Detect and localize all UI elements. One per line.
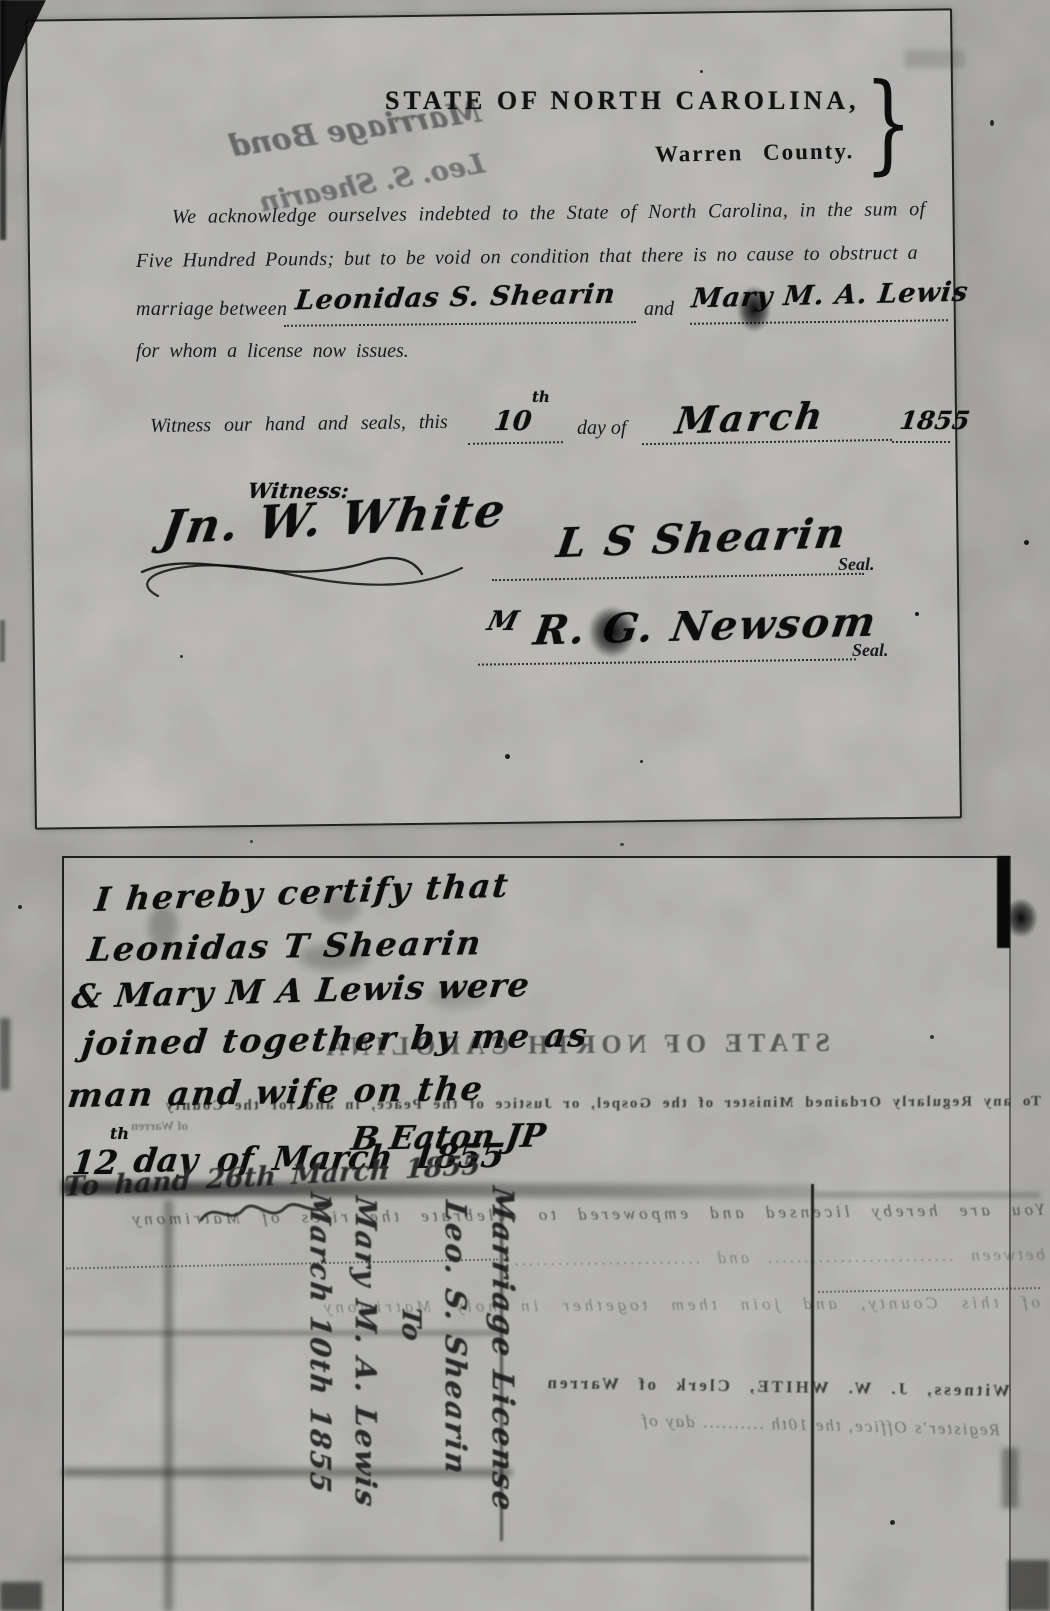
edge-streak-left-top <box>0 0 6 240</box>
certificate-line5: man and wife on the <box>66 1069 487 1115</box>
speck <box>505 754 510 759</box>
speck <box>700 70 703 73</box>
fold-line-vertical-left <box>164 1200 173 1611</box>
bond-year: 1855 <box>898 406 972 435</box>
speck <box>990 120 994 126</box>
bond-day-ordinal: th <box>532 388 550 406</box>
fold-line-vertical-mid <box>500 1196 503 1541</box>
edge-blob-right <box>1004 898 1038 938</box>
docket-line-date: March 10th 1855 <box>297 1184 343 1550</box>
edge-streak-left-mid <box>0 620 5 662</box>
year-dotted-line <box>892 440 950 443</box>
speck <box>890 1520 895 1525</box>
stain <box>298 944 370 970</box>
corner-smudge-bottom-right <box>1008 1560 1050 1611</box>
stain <box>428 986 490 1008</box>
bond-body-line3-prefix: marriage between <box>136 298 287 321</box>
bond-state-header: STATE OF NORTH CAROLINA, <box>385 86 860 116</box>
speck <box>18 905 22 909</box>
bond-day-of: day of <box>577 417 626 440</box>
bond-month: March <box>672 393 828 442</box>
bond-day: 10 <box>492 406 533 437</box>
speck <box>1024 540 1029 545</box>
fold-smudge-row3 <box>62 1468 512 1477</box>
stain <box>318 893 360 923</box>
speck <box>915 612 919 616</box>
bond-county-header: Warren County. <box>655 138 855 167</box>
fold-line-vertical-main <box>811 1184 814 1611</box>
speck <box>250 840 253 843</box>
speck <box>180 655 183 658</box>
bond-brace: } <box>864 70 912 178</box>
stain <box>148 906 178 948</box>
fold-smudge-horizontal-right <box>815 1192 1040 1198</box>
fold-smudge-row4 <box>62 1556 810 1562</box>
certificate-line2: Leonidas T Shearin <box>86 923 485 969</box>
certificate-date-ordinal: th <box>110 1124 129 1143</box>
corner-smudge-bottom-left <box>0 1582 42 1611</box>
surety-signature: R. G. Newsom <box>531 598 881 655</box>
fold-smudge-row2 <box>62 1330 502 1336</box>
speck <box>620 843 624 846</box>
smudge-top-right <box>905 50 965 68</box>
edge-blob-left-lower <box>0 1018 10 1090</box>
bond-witness-sentence: Witness our hand and seals, this <box>150 411 448 438</box>
edge-mark-right-lower <box>1002 1448 1018 1508</box>
certificate-sheet <box>62 856 1011 1611</box>
speck <box>640 760 643 763</box>
speck <box>930 1035 934 1039</box>
surety-seal-label: Seal. <box>852 640 889 661</box>
docket-line-to: To <box>389 1184 433 1550</box>
signature-flourish <box>128 538 473 616</box>
ink-blot <box>737 286 771 332</box>
document-scan: Marriage Bond Leo. S. Shearin STATE OF N… <box>0 0 1050 1611</box>
bond-body-line4: for whom a license now issues. <box>136 340 409 363</box>
ink-blot <box>588 606 636 658</box>
edge-bar-right-of-sheet <box>997 856 1010 948</box>
docket-line-groom: Leo. S. Shearin <box>433 1184 479 1550</box>
principal-seal-label: Seal. <box>838 554 875 575</box>
bond-body-conjunction: and <box>644 298 674 321</box>
docket-block: Marriage License Leo. S. Shearin To Mary… <box>255 1187 525 1547</box>
docket-line-bride: Mary M. A. Lewis <box>343 1184 389 1550</box>
